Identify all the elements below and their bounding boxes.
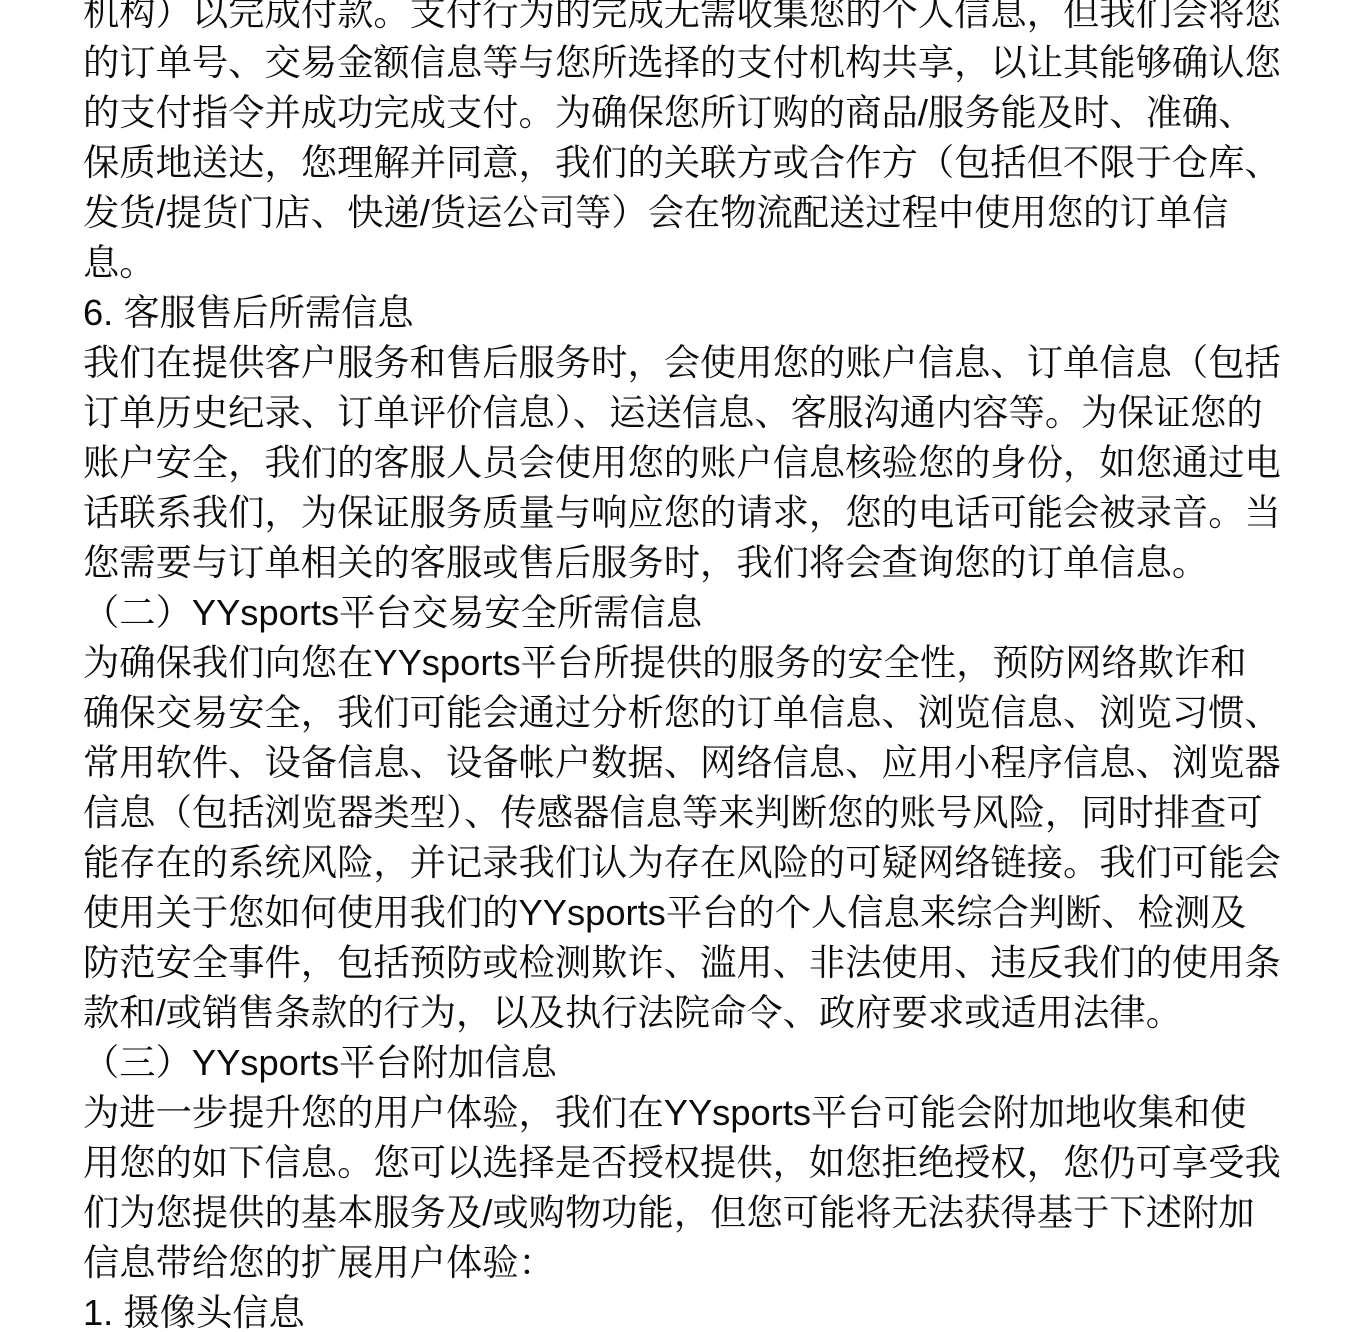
text-line: 账户安全，我们的客服人员会使用您的账户信息核验您的身份，如您通过电 — [83, 438, 1353, 488]
text-line: 的订单号、交易金额信息等与您所选择的支付机构共享，以让其能够确认您 — [83, 38, 1353, 88]
text-line: 6. 客服售后所需信息 — [83, 288, 1353, 338]
text-line: 能存在的系统风险，并记录我们认为存在风险的可疑网络链接。我们可能会 — [83, 838, 1353, 888]
text-line: 保质地送达，您理解并同意，我们的关联方或合作方（包括但不限于仓库、 — [83, 138, 1353, 188]
text-line: 您需要与订单相关的客服或售后服务时，我们将会查询您的订单信息。 — [83, 538, 1353, 588]
text-line: 款和/或销售条款的行为，以及执行法院命令、政府要求或适用法律。 — [83, 988, 1353, 1038]
text-line: 常用软件、设备信息、设备帐户数据、网络信息、应用小程序信息、浏览器 — [83, 738, 1353, 788]
text-line: 使用关于您如何使用我们的YYsports平台的个人信息来综合判断、检测及 — [83, 888, 1353, 938]
text-line: 用您的如下信息。您可以选择是否授权提供，如您拒绝授权，您仍可享受我 — [83, 1138, 1353, 1188]
text-line: 为进一步提升您的用户体验，我们在YYsports平台可能会附加地收集和使 — [83, 1088, 1353, 1138]
text-line: 订单历史纪录、订单评价信息）、运送信息、客服沟通内容等。为保证您的 — [83, 388, 1353, 438]
text-line: 们为您提供的基本服务及/或购物功能，但您可能将无法获得基于下述附加 — [83, 1188, 1353, 1238]
text-line: 发货/提货门店、快递/货运公司等）会在物流配送过程中使用您的订单信 — [83, 188, 1353, 238]
text-line: 机构）以完成付款。支付行为的完成无需收集您的个人信息，但我们会将您 — [83, 0, 1353, 38]
text-line: （二）YYsports平台交易安全所需信息 — [83, 588, 1353, 638]
text-line: 1. 摄像头信息 — [83, 1288, 1353, 1332]
text-line: 确保交易安全，我们可能会通过分析您的订单信息、浏览信息、浏览习惯、 — [83, 688, 1353, 738]
text-line: 信息（包括浏览器类型）、传感器信息等来判断您的账号风险，同时排查可 — [83, 788, 1353, 838]
text-line: 话联系我们，为保证服务质量与响应您的请求，您的电话可能会被录音。当 — [83, 488, 1353, 538]
text-line: 的支付指令并成功完成支付。为确保您所订购的商品/服务能及时、准确、 — [83, 88, 1353, 138]
text-line: 防范安全事件，包括预防或检测欺诈、滥用、非法使用、违反我们的使用条 — [83, 938, 1353, 988]
text-line: 息。 — [83, 238, 1353, 288]
text-line: （三）YYsports平台附加信息 — [83, 1038, 1353, 1088]
text-line: 我们在提供客户服务和售后服务时，会使用您的账户信息、订单信息（包括 — [83, 338, 1353, 388]
text-line: 信息带给您的扩展用户体验： — [83, 1238, 1353, 1288]
privacy-policy-document: 机构）以完成付款。支付行为的完成无需收集您的个人信息，但我们会将您的订单号、交易… — [83, 0, 1353, 1332]
text-line: 为确保我们向您在YYsports平台所提供的服务的安全性，预防网络欺诈和 — [83, 638, 1353, 688]
